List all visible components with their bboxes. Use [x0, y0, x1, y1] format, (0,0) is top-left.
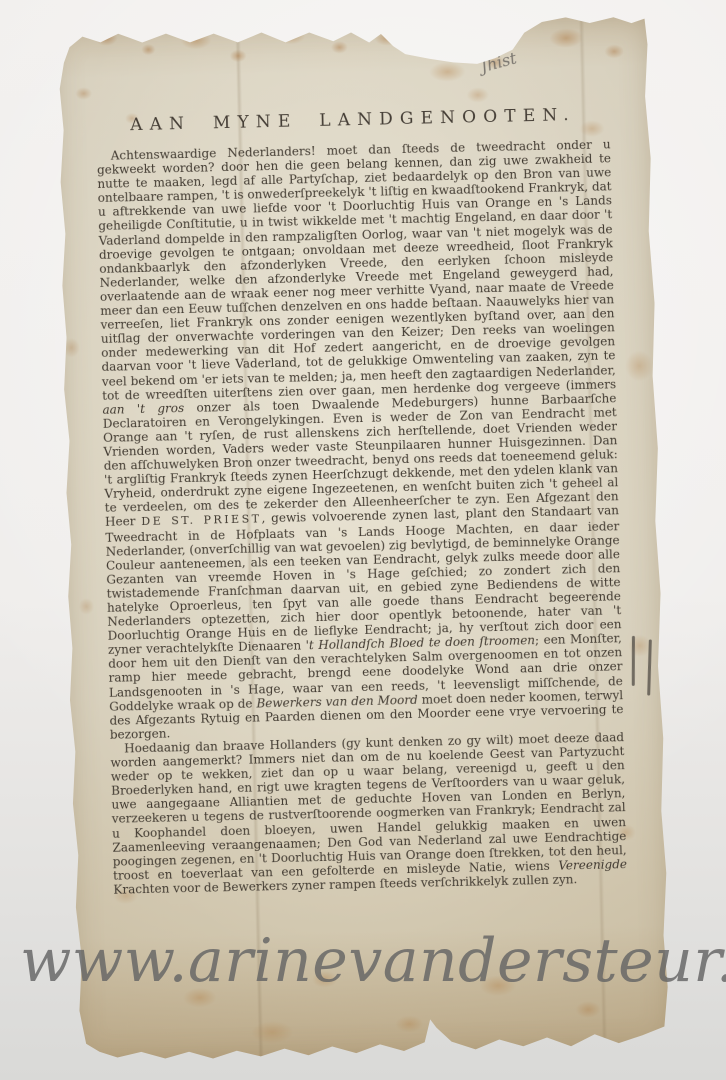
pencil-margin-marks: [631, 636, 650, 696]
watermark-text: www.arinevandersteur.nl: [20, 926, 726, 996]
paper-texture: [52, 13, 672, 1062]
pencil-stroke: [647, 640, 651, 696]
photo-backdrop: Jhist AAN MYNE LANDGENOOTEN. Achtenswaar…: [0, 0, 726, 1080]
pamphlet-page: Jhist AAN MYNE LANDGENOOTEN. Achtenswaar…: [52, 13, 672, 1062]
pencil-stroke: [632, 636, 635, 686]
